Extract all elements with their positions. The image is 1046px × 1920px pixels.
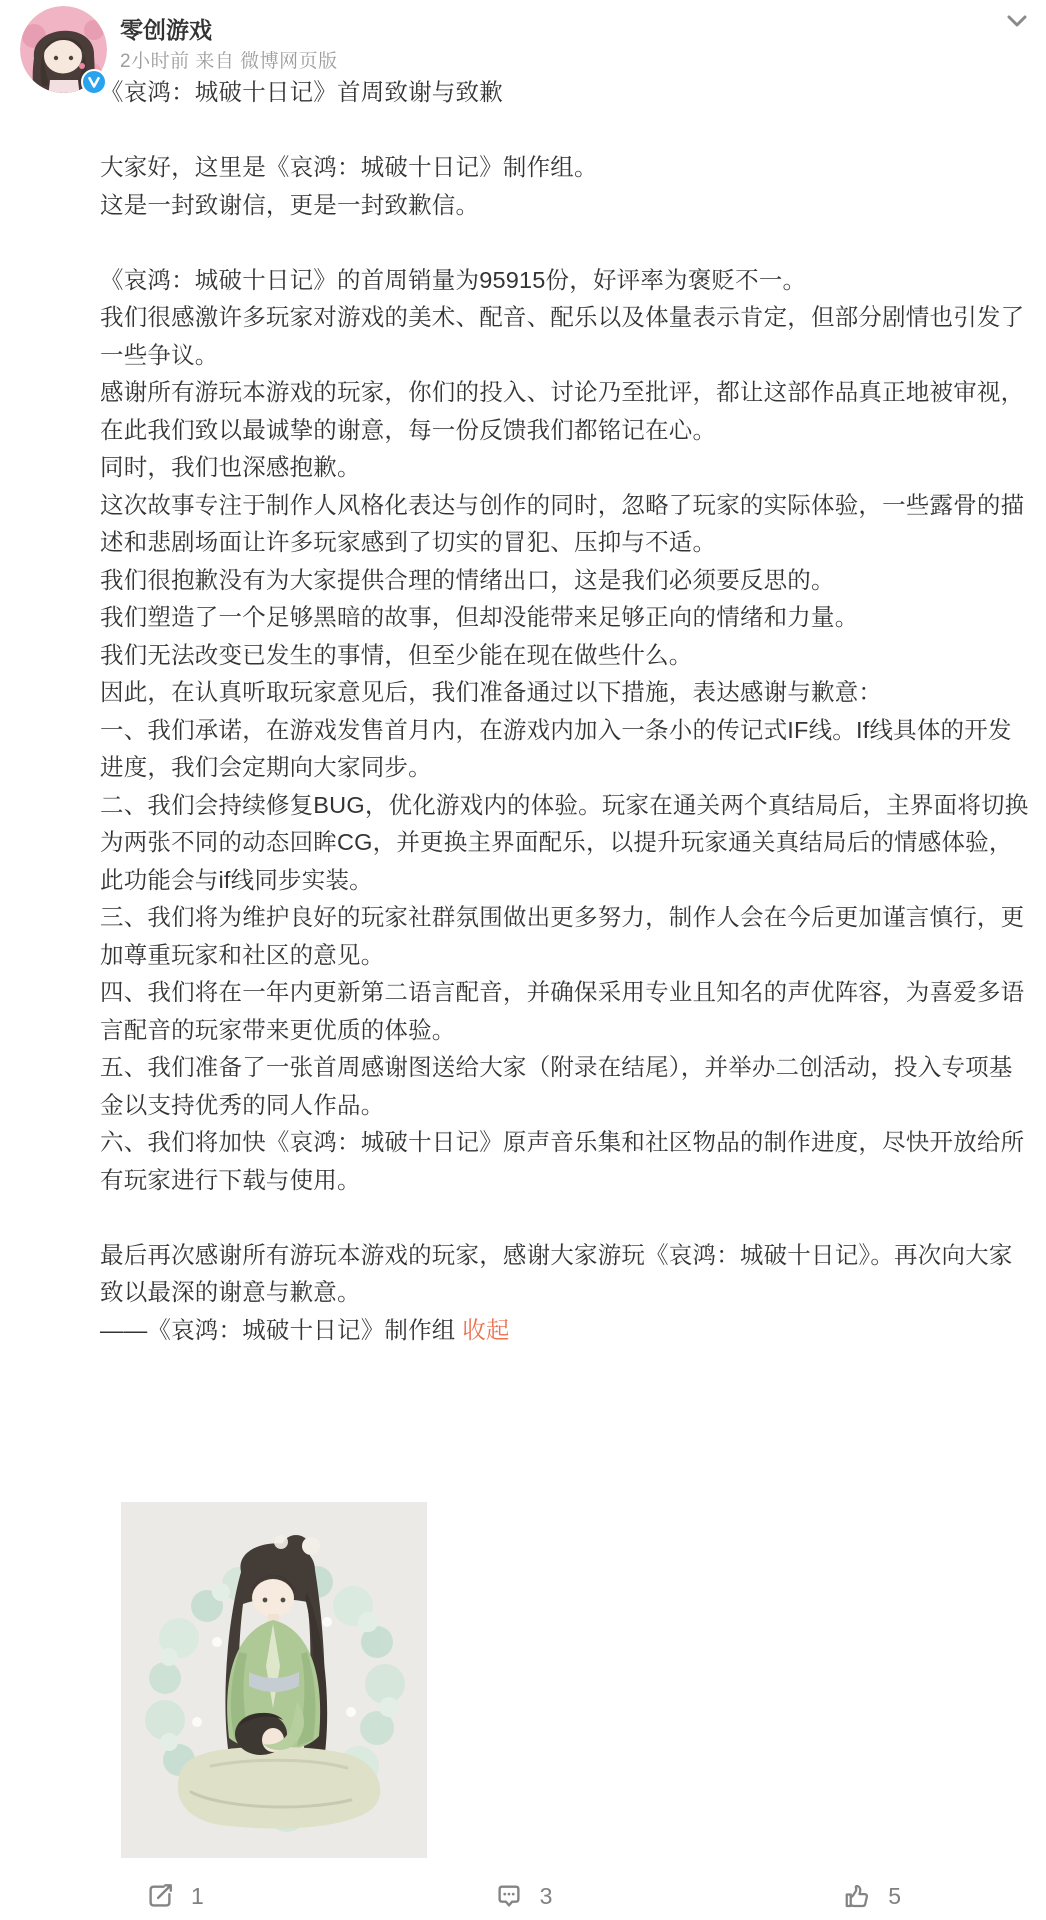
post-paragraph: 六、我们将加快《哀鸿：城破十日记》原声音乐集和社区物品的制作进度，尽快开放给所有…: [100, 1124, 1034, 1199]
post-paragraph: 因此，在认真听取玩家意见后，我们准备通过以下措施，表达感谢与歉意：: [100, 674, 1034, 712]
post-paragraph: 我们很感激许多玩家对游戏的美术、配音、配乐以及体量表示肯定，但部分剧情也引发了一…: [100, 299, 1034, 374]
post-paragraph: 感谢所有游玩本游戏的玩家，你们的投入、讨论乃至批评，都让这部作品真正地被审视，在…: [100, 374, 1034, 449]
weibo-post-card: 零创游戏 2小时前 来自 微博网页版 《哀鸿：城破十日记》首周致谢与致歉大家好，…: [0, 0, 1046, 1920]
avatar[interactable]: [20, 6, 107, 93]
like-count: 5: [888, 1883, 901, 1910]
thumbs-up-icon: [842, 1881, 872, 1911]
post-text: 《哀鸿：城破十日记》首周致谢与致歉大家好，这里是《哀鸿：城破十日记》制作组。这是…: [100, 74, 1034, 1349]
post-paragraph: 我们塑造了一个足够黑暗的故事，但却没能带来足够正向的情绪和力量。: [100, 599, 1034, 637]
post-paragraph: 四、我们将在一年内更新第二语言配音，并确保采用专业且知名的声优阵容，为喜爱多语言…: [100, 974, 1034, 1049]
repost-button[interactable]: 1: [0, 1872, 349, 1920]
like-button[interactable]: 5: [697, 1872, 1046, 1920]
post-paragraph: 这次故事专注于制作人风格化表达与创作的同时，忽略了玩家的实际体验，一些露骨的描述…: [100, 487, 1034, 562]
repost-icon: [145, 1881, 175, 1911]
paragraph-spacer: [100, 112, 1034, 150]
post-signature-line: ——《哀鸿：城破十日记》制作组 收起: [100, 1312, 1034, 1350]
comment-button[interactable]: 3: [349, 1872, 698, 1920]
username[interactable]: 零创游戏: [120, 12, 212, 45]
post-paragraph: 同时，我们也深感抱歉。: [100, 449, 1034, 487]
post-paragraph: 我们无法改变已发生的事情，但至少能在现在做些什么。: [100, 637, 1034, 675]
comment-icon: [494, 1881, 524, 1911]
post-paragraph: 这是一封致谢信，更是一封致歉信。: [100, 187, 1034, 225]
post-paragraph: 大家好，这里是《哀鸿：城破十日记》制作组。: [100, 149, 1034, 187]
post-paragraph: 最后再次感谢所有游玩本游戏的玩家，感谢大家游玩《哀鸿：城破十日记》。再次向大家致…: [100, 1237, 1034, 1312]
post-paragraph: 我们很抱歉没有为大家提供合理的情绪出口，这是我们必须要反思的。: [100, 562, 1034, 600]
post-timestamp: 2小时前 来自 微博网页版: [120, 46, 338, 73]
post-paragraph: 一、我们承诺，在游戏发售首月内，在游戏内加入一条小的传记式IF线。If线具体的开…: [100, 712, 1034, 787]
post-paragraph: 五、我们准备了一张首周感谢图送给大家（附录在结尾），并举办二创活动，投入专项基金…: [100, 1049, 1034, 1124]
paragraph-spacer: [100, 224, 1034, 262]
repost-count: 1: [191, 1883, 204, 1910]
attachment-image[interactable]: [121, 1502, 427, 1858]
post-paragraph: 《哀鸿：城破十日记》的首周销量为95915份，好评率为褒贬不一。: [100, 262, 1034, 300]
comment-count: 3: [540, 1883, 553, 1910]
post-paragraph: 《哀鸿：城破十日记》首周致谢与致歉: [100, 74, 1034, 112]
post-paragraph: 二、我们会持续修复BUG，优化游戏内的体验。玩家在通关两个真结局后，主界面将切换…: [100, 787, 1034, 900]
signature-text: ——《哀鸿：城破十日记》制作组: [100, 1317, 462, 1343]
chevron-down-icon[interactable]: [1002, 6, 1032, 36]
paragraph-spacer: [100, 1199, 1034, 1237]
collapse-link[interactable]: 收起: [462, 1317, 509, 1343]
illustration-graphic: [121, 1502, 427, 1858]
post-paragraph: 三、我们将为维护良好的玩家社群氛围做出更多努力，制作人会在今后更加谨言慎行，更加…: [100, 899, 1034, 974]
action-bar: 1 3 5: [0, 1872, 1046, 1920]
post-paragraphs: 《哀鸿：城破十日记》首周致谢与致歉大家好，这里是《哀鸿：城破十日记》制作组。这是…: [100, 74, 1034, 1312]
